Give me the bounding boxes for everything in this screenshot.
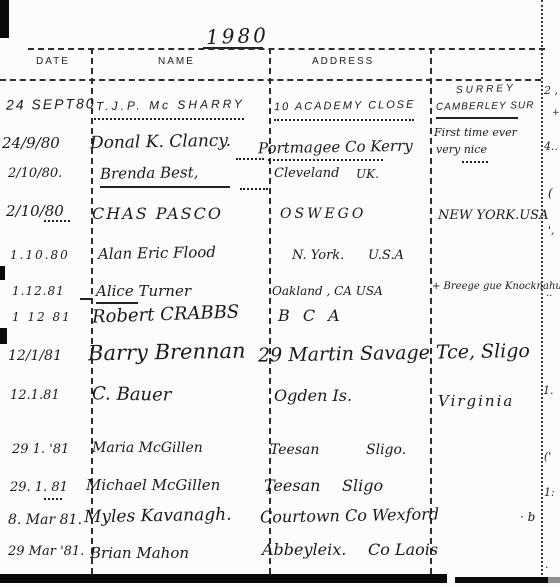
underline-segment bbox=[100, 186, 230, 188]
entry-date: 1 12 81 bbox=[12, 310, 72, 324]
entry-address2: UK. bbox=[356, 167, 379, 181]
underline-segment bbox=[268, 159, 383, 161]
entry-address: Portmagee Co Kerry bbox=[258, 137, 413, 158]
entry-name: Michael McGillen bbox=[86, 476, 220, 494]
entry-date: 12.1.81 bbox=[10, 388, 60, 403]
entry-address2: Co Laois bbox=[368, 540, 438, 559]
entry-date: 1.10.80 bbox=[10, 248, 70, 262]
entry-name: Alice Turner bbox=[96, 282, 191, 300]
entry-name: Donal K. Clancy. bbox=[90, 131, 231, 153]
entry-address: Teesan bbox=[270, 442, 319, 458]
entry-note2: very nice bbox=[436, 143, 487, 156]
entry-row: 29 Mar '81. Brian Mahon Abbeyleix. Co La… bbox=[0, 536, 560, 576]
underline-segment bbox=[236, 158, 264, 160]
entry-row: 8. Mar 81. Myles Kavanagh. Courtown Co W… bbox=[0, 498, 560, 538]
page-edge-fragment: 1: bbox=[544, 486, 555, 499]
underline-segment bbox=[94, 118, 244, 120]
entry-name: Brian Mahon bbox=[90, 544, 189, 562]
entry-name: T.J.P. Mc SHARRY bbox=[96, 97, 245, 114]
entry-row: 1.10.80 Alan Eric Flood N. York. U.S.A bbox=[0, 240, 560, 280]
entry-address2: Sligo. bbox=[366, 442, 406, 458]
entry-note: First time ever bbox=[434, 126, 517, 139]
underline-segment bbox=[274, 119, 414, 121]
entry-address: Cleveland bbox=[274, 166, 339, 181]
entry-row: 12/1/81 Barry Brennan 29 Martin Savage T… bbox=[0, 334, 560, 374]
underline-segment bbox=[44, 220, 70, 222]
page-edge-fragment: + bbox=[552, 108, 560, 118]
entry-address: Teesan bbox=[264, 476, 320, 495]
column-header-date: DATE bbox=[36, 56, 70, 67]
column-header-address: ADDRESS bbox=[312, 56, 374, 67]
entry-address: 29 Martin Savage Tce, Sligo bbox=[258, 339, 558, 366]
scanned-guestbook-page: { "doc": { "year_title": "1980", "header… bbox=[0, 0, 560, 587]
page-edge-fragment: 2 , bbox=[544, 84, 558, 97]
entry-date: 1.12.81 bbox=[12, 284, 65, 298]
entry-date: 29 1. '81 bbox=[12, 442, 69, 457]
page-edge-fragment: .. bbox=[546, 288, 552, 299]
entry-row: 2/10/80. Brenda Best, Cleveland UK. bbox=[0, 158, 560, 198]
entry-row: 2/10/80 CHAS PASCO OSWEGO NEW YORK.USA bbox=[0, 194, 560, 234]
entry-date: 29. 1. 81 bbox=[10, 480, 68, 495]
entry-date: 29 Mar '81. bbox=[8, 544, 84, 559]
entry-date: 2/10/80. bbox=[8, 166, 62, 181]
entry-row: 12.1.81 C. Bauer Ogden Is. Virginia bbox=[0, 376, 560, 416]
entry-address: N. York. bbox=[292, 248, 344, 263]
entry-name: Robert CRABBS bbox=[92, 301, 240, 327]
entry-note2: CAMBERLEY SUR bbox=[436, 100, 535, 113]
entry-address: Abbeyleix. bbox=[262, 540, 346, 559]
entry-date: 12/1/81 bbox=[8, 348, 62, 364]
page-edge-fragment: ', bbox=[548, 224, 555, 237]
entry-note: NEW YORK.USA bbox=[438, 208, 548, 223]
entry-address: Ogden Is. bbox=[274, 386, 352, 405]
entry-name: C. Bauer bbox=[92, 383, 172, 405]
underline-segment bbox=[80, 298, 92, 300]
entry-note: + Breege gue Knocknahur bbox=[432, 281, 560, 292]
page-edge-fragment: ( bbox=[548, 186, 553, 200]
entry-address: B C A bbox=[278, 306, 344, 325]
underline-segment bbox=[44, 498, 62, 500]
page-edge-fragment: . bbox=[545, 558, 549, 571]
entry-address2: U.S.A bbox=[368, 248, 404, 263]
binding-mark-top-left bbox=[0, 0, 9, 38]
entry-note: SURREY bbox=[456, 83, 516, 96]
scan-bar-corner bbox=[548, 577, 560, 583]
entry-name: Alan Eric Flood bbox=[98, 243, 216, 263]
entry-address2: Sligo bbox=[342, 476, 383, 495]
entry-name: Maria McGillen bbox=[92, 440, 203, 456]
column-header-name: NAME bbox=[158, 56, 195, 67]
underline-segment bbox=[240, 188, 268, 190]
entry-note: · b bbox=[520, 510, 535, 524]
entry-address: Courtown Co Wexford bbox=[260, 504, 439, 526]
table-top-rule bbox=[28, 48, 545, 50]
entry-name: Myles Kavanagh. bbox=[84, 505, 232, 528]
entry-note: Virginia bbox=[438, 392, 514, 410]
underline-segment bbox=[436, 117, 518, 119]
entry-address: OSWEGO bbox=[280, 206, 366, 222]
entry-address: 10 ACADEMY CLOSE bbox=[274, 99, 416, 113]
entry-address: Oakland , CA USA bbox=[272, 284, 383, 298]
entry-date: 2/10/80 bbox=[6, 202, 64, 220]
year-title: 1980 bbox=[206, 23, 270, 49]
entry-name: Barry Brennan bbox=[88, 339, 246, 366]
entry-date: 8. Mar 81. bbox=[8, 512, 82, 528]
entry-date: 24/9/80 bbox=[2, 134, 60, 152]
page-edge-fragment: 4.. bbox=[544, 140, 558, 153]
page-edge-fragment: 1. bbox=[543, 384, 554, 397]
entry-date: 24 SEPT80 bbox=[6, 95, 96, 113]
page-edge-fragment: (' bbox=[544, 450, 551, 463]
entry-row: 29 1. '81 Maria McGillen Teesan Sligo. bbox=[0, 432, 560, 472]
scan-bar-bottom-right bbox=[455, 577, 548, 583]
entry-name: CHAS PASCO bbox=[92, 204, 223, 223]
entry-name: Brenda Best, bbox=[100, 163, 199, 183]
underline-segment bbox=[462, 161, 488, 163]
underline-segment bbox=[96, 302, 138, 304]
